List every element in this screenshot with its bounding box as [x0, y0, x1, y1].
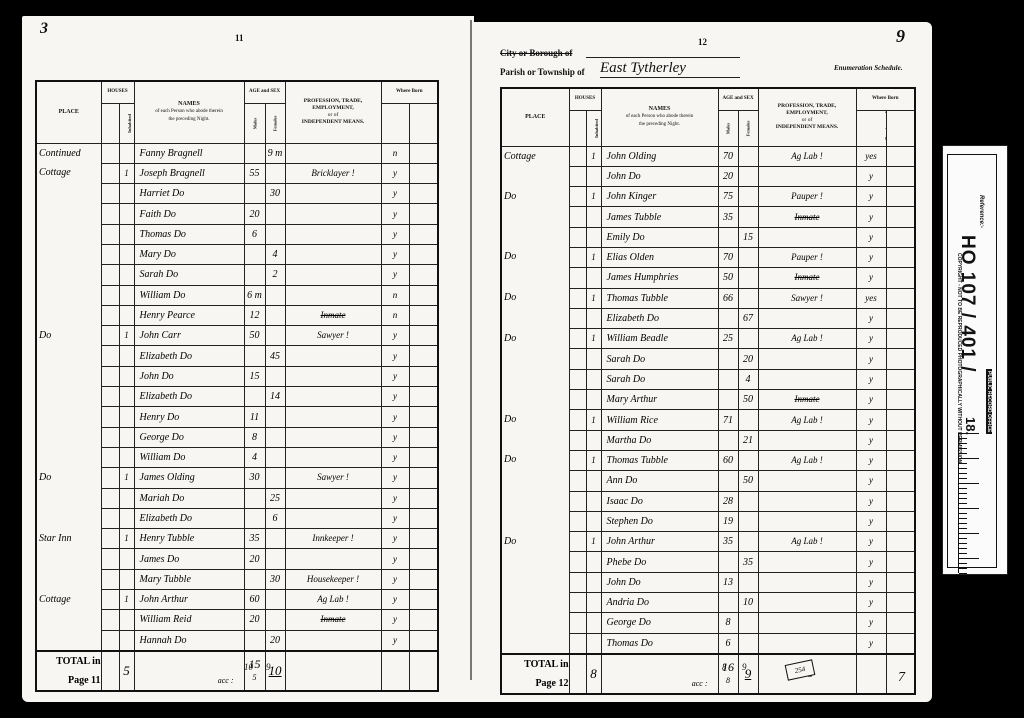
name-cell: George Do [134, 427, 244, 447]
inhabited-cell [586, 268, 601, 288]
place-cell: Do [501, 288, 569, 308]
female-age-cell [265, 468, 285, 488]
table-row: Elizabeth Do6y [36, 508, 438, 528]
uninhabited-cell [569, 187, 586, 207]
name-cell: William Reid [134, 610, 244, 630]
profession-cell [285, 630, 381, 651]
born-foreign-cell [409, 630, 438, 651]
parish-label: Parish or Township of [500, 67, 585, 77]
female-age-cell [738, 633, 758, 654]
uninhabited-cell [101, 488, 119, 508]
profession-cell: Ag Lab ! [758, 450, 856, 470]
born-same-county-cell: n [381, 305, 409, 325]
total-uninhabited [101, 651, 119, 691]
male-age-cell: 35 [244, 529, 265, 549]
name-cell: Martha Do [601, 430, 718, 450]
header-inhabited: Inhabited [119, 103, 134, 143]
total-label: TOTAL inPage 11 [36, 651, 101, 691]
inhabited-cell: 1 [586, 146, 601, 166]
ruler-tick [959, 473, 967, 474]
female-age-cell [738, 207, 758, 227]
header-where-born: Where Born [856, 88, 915, 110]
born-same-county-cell: y [856, 430, 886, 450]
name-cell: Mary Tubble [134, 569, 244, 589]
copyright-notice: COPYRIGHT - NOT TO BE REPRODUCED PHOTOGR… [956, 253, 962, 463]
place-cell: Do [501, 532, 569, 552]
header-names-sub1: of each Person who abode therein [602, 113, 718, 121]
name-cell: Elias Olden [601, 247, 718, 267]
total-females: 9 [738, 654, 758, 694]
ruler-tick [959, 483, 979, 484]
uninhabited-cell [569, 390, 586, 410]
born-foreign-cell [409, 285, 438, 305]
female-age-cell [738, 146, 758, 166]
header-uninhabited: Uninhabited or Building [569, 110, 586, 146]
inhabited-cell [586, 207, 601, 227]
ruler-tick [959, 493, 967, 494]
profession-cell [285, 244, 381, 264]
uninhabited-cell [101, 630, 119, 651]
profession-cell [758, 511, 856, 531]
name-cell: Thomas Tubble [601, 288, 718, 308]
profession-cell [285, 488, 381, 508]
born-foreign-cell [886, 207, 915, 227]
profession-cell [285, 447, 381, 467]
male-age-cell [718, 369, 738, 389]
ruler-tick [959, 538, 967, 539]
book-binding [470, 20, 472, 680]
uninhabited-cell [569, 207, 586, 227]
table-row: Star Inn1Henry Tubble35Innkeeper !y [36, 529, 438, 549]
place-cell [36, 549, 101, 569]
place-cell [36, 488, 101, 508]
table-row: Thomas Do6y [501, 633, 915, 654]
female-age-cell: 4 [265, 244, 285, 264]
born-same-county-cell: y [856, 207, 886, 227]
name-cell: Mary Arthur [601, 390, 718, 410]
place-cell [501, 308, 569, 328]
name-cell: William Do [134, 447, 244, 467]
uninhabited-cell [101, 204, 119, 224]
place-cell [501, 369, 569, 389]
uninhabited-cell [569, 410, 586, 430]
place-cell [36, 265, 101, 285]
place-cell [36, 366, 101, 386]
uninhabited-cell [101, 244, 119, 264]
name-cell: Joseph Bragnell [134, 163, 244, 183]
born-same-county-cell: y [381, 590, 409, 610]
male-age-cell: 12 [244, 305, 265, 325]
table-row: Mary Do4y [36, 244, 438, 264]
inhabited-cell [119, 184, 134, 204]
inhabited-cell [119, 630, 134, 651]
ruler-tick [959, 518, 967, 519]
place-cell: Continued [36, 143, 101, 163]
header-names-title: NAMES [649, 106, 671, 112]
ruler-tick [959, 488, 967, 489]
table-row: John Do15y [36, 366, 438, 386]
table-row: George Do8y [36, 427, 438, 447]
uninhabited-cell [569, 572, 586, 592]
total-uninhabited [569, 654, 586, 694]
inhabited-cell [119, 488, 134, 508]
name-cell: James Do [134, 549, 244, 569]
inhabited-cell [119, 265, 134, 285]
header-names-sub1: of each Person who abode therein [135, 108, 244, 116]
profession-cell: Ag Lab ! [758, 146, 856, 166]
female-age-cell [265, 163, 285, 183]
born-same-county-cell: y [381, 204, 409, 224]
total-males-sub: 8 [726, 676, 730, 685]
table-row: Sarah Do4y [501, 369, 915, 389]
born-same-county-cell: y [381, 366, 409, 386]
inhabited-cell [586, 390, 601, 410]
table-row: Elizabeth Do14y [36, 387, 438, 407]
born-same-county-cell: y [856, 410, 886, 430]
profession-cell [758, 369, 856, 389]
born-same-county-cell: y [856, 268, 886, 288]
name-cell: William Rice [601, 410, 718, 430]
header-females-text: Females [746, 120, 751, 136]
header-foreign: Whether Born in Scotland, Ireland, or Fo… [409, 103, 438, 143]
name-cell: John Carr [134, 326, 244, 346]
uninhabited-cell [569, 288, 586, 308]
profession-cell [758, 613, 856, 633]
ruler-tick [959, 533, 979, 534]
profession-cell [285, 346, 381, 366]
profession-cell: Innkeeper ! [285, 529, 381, 549]
female-age-cell [738, 247, 758, 267]
name-cell: John Do [601, 166, 718, 186]
profession-cell [758, 552, 856, 572]
total-inhabited: 5 [119, 651, 134, 691]
profession-cell: Housekeeper ! [285, 569, 381, 589]
female-age-cell: 9 m [265, 143, 285, 163]
inhabited-cell [586, 430, 601, 450]
place-cell [501, 268, 569, 288]
born-same-county-cell: y [381, 244, 409, 264]
name-cell: Elizabeth Do [134, 346, 244, 366]
born-foreign-cell [886, 511, 915, 531]
profession-cell [758, 430, 856, 450]
reference-strip-frame: Reference:- HO 107 / 401 / 18. COPYRIGHT… [947, 154, 997, 568]
born-foreign-cell [409, 204, 438, 224]
born-same-county-cell: y [381, 184, 409, 204]
uninhabited-cell [101, 468, 119, 488]
born-same-county-cell: y [856, 613, 886, 633]
inhabited-cell [586, 552, 601, 572]
female-age-cell [738, 166, 758, 186]
table-row: Andria Do10y [501, 593, 915, 613]
inhabited-cell [586, 511, 601, 531]
ruler-tick [959, 498, 967, 499]
place-cell [501, 430, 569, 450]
right-bottom-mark: 7 [898, 670, 905, 686]
table-row: ContinuedFanny Bragnell9 mn [36, 143, 438, 163]
table-row: Sarah Do2y [36, 265, 438, 285]
inhabited-cell: 1 [119, 326, 134, 346]
born-same-county-cell: y [856, 329, 886, 349]
place-cell [501, 471, 569, 491]
uninhabited-cell [101, 285, 119, 305]
born-foreign-cell [886, 166, 915, 186]
born-same-county-cell: y [381, 346, 409, 366]
born-foreign-cell [409, 326, 438, 346]
total-born-same [381, 651, 409, 691]
inhabited-cell [119, 366, 134, 386]
male-age-cell: 35 [718, 532, 738, 552]
ruler-tick [959, 553, 967, 554]
male-age-cell [718, 349, 738, 369]
place-cell: Do [36, 468, 101, 488]
header-names-sub2: the preceding Night. [602, 121, 718, 129]
born-same-county-cell: y [856, 552, 886, 572]
born-foreign-cell [409, 488, 438, 508]
total-label-line1: TOTAL in [524, 659, 568, 670]
name-cell: William Do [134, 285, 244, 305]
inhabited-cell: 1 [119, 529, 134, 549]
inhabited-cell [586, 633, 601, 654]
table-row: John Do20y [501, 166, 915, 186]
header-profession-line1: PROFESSION, TRADE, [778, 103, 836, 109]
female-age-cell [265, 447, 285, 467]
inhabited-cell [119, 204, 134, 224]
inhabited-cell [119, 387, 134, 407]
header-place: PLACE [501, 88, 569, 146]
profession-cell [758, 491, 856, 511]
place-cell: Cottage [36, 590, 101, 610]
male-age-cell [718, 593, 738, 613]
table-row: Isaac Do28y [501, 491, 915, 511]
female-age-cell [265, 285, 285, 305]
profession-cell [758, 572, 856, 592]
born-foreign-cell [886, 247, 915, 267]
table-row: Mary Arthur50Inmatey [501, 390, 915, 410]
table-row: Mary Tubble30Housekeeper !y [36, 569, 438, 589]
born-same-county-cell: y [856, 633, 886, 654]
born-same-county-cell: y [381, 326, 409, 346]
male-age-cell [244, 346, 265, 366]
inhabited-cell [586, 593, 601, 613]
place-cell [36, 610, 101, 630]
uninhabited-cell [101, 569, 119, 589]
place-cell [501, 552, 569, 572]
born-foreign-cell [886, 450, 915, 470]
born-foreign-cell [886, 410, 915, 430]
male-age-cell [718, 552, 738, 572]
reference-label: Reference:- [978, 195, 984, 228]
ruler-tick [959, 478, 967, 479]
female-age-cell [738, 511, 758, 531]
table-row: John Do13y [501, 572, 915, 592]
female-age-cell [265, 326, 285, 346]
born-same-county-cell: y [856, 187, 886, 207]
male-age-cell: 55 [244, 163, 265, 183]
right-below-female: 9 [742, 662, 747, 672]
male-age-cell [244, 265, 265, 285]
born-same-county-cell: y [856, 532, 886, 552]
inhabited-cell [586, 166, 601, 186]
female-age-cell: 6 [265, 508, 285, 528]
header-profession-line3: or of [802, 117, 813, 123]
inhabited-cell [119, 549, 134, 569]
total-label-line1: TOTAL in [56, 656, 100, 667]
name-cell: Fanny Bragnell [134, 143, 244, 163]
name-cell: Stephen Do [601, 511, 718, 531]
place-cell [36, 569, 101, 589]
header-profession-line1: PROFESSION, TRADE, [304, 98, 362, 104]
born-same-county-cell: y [381, 488, 409, 508]
name-cell: John Do [134, 366, 244, 386]
born-same-county-cell: y [856, 369, 886, 389]
table-row: Do1John Carr50Sawyer !y [36, 326, 438, 346]
born-same-county-cell: y [856, 450, 886, 470]
born-same-county-cell: y [381, 549, 409, 569]
ruler-tick [959, 528, 967, 529]
born-foreign-cell [409, 387, 438, 407]
male-age-cell: 75 [718, 187, 738, 207]
total-profession-note [285, 651, 381, 691]
profession-cell [285, 184, 381, 204]
name-cell: Harriet Do [134, 184, 244, 204]
profession-cell: Inmate [758, 268, 856, 288]
female-age-cell: 50 [738, 471, 758, 491]
right-page-number: 12 [698, 37, 707, 47]
born-foreign-cell [886, 349, 915, 369]
uninhabited-cell [101, 610, 119, 630]
born-foreign-cell [886, 329, 915, 349]
born-foreign-cell [409, 407, 438, 427]
ruler-tick [959, 543, 967, 544]
city-borough-label: City or Borough of [500, 48, 572, 58]
ruler-tick [959, 558, 979, 559]
left-below-male: 10 [244, 662, 253, 672]
profession-cell: Inmate [758, 207, 856, 227]
total-males-sub: 5 [253, 673, 257, 682]
uninhabited-cell [569, 166, 586, 186]
male-age-cell: 20 [244, 610, 265, 630]
female-age-cell [265, 427, 285, 447]
table-row: Harriet Do30y [36, 184, 438, 204]
inhabited-cell [119, 346, 134, 366]
header-names: NAMES of each Person who abode therein t… [134, 81, 244, 143]
female-age-cell [265, 529, 285, 549]
table-row: Ann Do50y [501, 471, 915, 491]
total-label-line2: Page 11 [68, 675, 101, 686]
inhabited-cell [586, 491, 601, 511]
born-foreign-cell [886, 288, 915, 308]
female-age-cell: 15 [738, 227, 758, 247]
born-foreign-cell [886, 146, 915, 166]
born-same-county-cell: y [856, 390, 886, 410]
total-males: 168 [718, 654, 738, 694]
name-cell: Elizabeth Do [134, 387, 244, 407]
place-cell: Do [501, 187, 569, 207]
header-same-county: Whether Born in same County [381, 103, 409, 143]
table-row: Do1James Olding30Sawyer !y [36, 468, 438, 488]
female-age-cell: 20 [738, 349, 758, 369]
uninhabited-cell [101, 143, 119, 163]
uninhabited-cell [569, 329, 586, 349]
born-foreign-cell [886, 369, 915, 389]
table-row: Martha Do21y [501, 430, 915, 450]
female-age-cell [738, 187, 758, 207]
right-census-table: PLACE HOUSES NAMES of each Person who ab… [500, 87, 916, 695]
male-age-cell: 25 [718, 329, 738, 349]
place-cell: Do [501, 247, 569, 267]
born-foreign-cell [409, 366, 438, 386]
female-age-cell [265, 224, 285, 244]
name-cell: Ann Do [601, 471, 718, 491]
ruler-tick [959, 458, 979, 459]
header-profession-line3: or of [328, 112, 339, 118]
profession-cell [758, 166, 856, 186]
born-foreign-cell [409, 447, 438, 467]
place-cell [501, 511, 569, 531]
table-row: James Do20y [36, 549, 438, 569]
profession-cell [758, 471, 856, 491]
born-foreign-cell [886, 572, 915, 592]
name-cell: John Arthur [134, 590, 244, 610]
born-foreign-cell [409, 427, 438, 447]
place-cell [501, 491, 569, 511]
header-age-sex: AGE and SEX [244, 81, 285, 103]
total-row: TOTAL inPage 115acc :15510 [36, 651, 438, 691]
ruler-tick [959, 468, 967, 469]
enumeration-schedule-label: Enumeration Schedule. [834, 64, 902, 72]
profession-cell [285, 427, 381, 447]
header-houses: HOUSES [101, 81, 134, 103]
profession-cell [758, 593, 856, 613]
header-profession: PROFESSION, TRADE, EMPLOYMENT, or of IND… [285, 81, 381, 143]
male-age-cell: 35 [718, 207, 738, 227]
total-label: TOTAL inPage 12 [501, 654, 569, 694]
ruler-tick [959, 508, 979, 509]
uninhabited-cell [101, 427, 119, 447]
female-age-cell: 4 [738, 369, 758, 389]
profession-cell: Pauper ! [758, 187, 856, 207]
born-same-county-cell: y [381, 569, 409, 589]
born-same-county-cell: n [381, 143, 409, 163]
name-cell: Thomas Do [134, 224, 244, 244]
table-row: Emily Do15y [501, 227, 915, 247]
male-age-cell [244, 184, 265, 204]
place-cell [36, 407, 101, 427]
ruler-tick [959, 433, 979, 434]
uninhabited-cell [569, 511, 586, 531]
profession-cell [285, 204, 381, 224]
header-profession-line2: EMPLOYMENT, [312, 105, 354, 111]
left-corner-number: 3 [40, 20, 48, 38]
uninhabited-cell [101, 407, 119, 427]
born-foreign-cell [886, 471, 915, 491]
uninhabited-cell [569, 247, 586, 267]
header-uninhabited: Uninhabited or Building [101, 103, 119, 143]
born-same-county-cell: n [381, 285, 409, 305]
right-below-male: 8 [722, 662, 727, 672]
inhabited-cell [119, 305, 134, 325]
born-same-county-cell: y [856, 166, 886, 186]
place-cell [36, 244, 101, 264]
born-foreign-cell [409, 590, 438, 610]
place-cell [501, 227, 569, 247]
profession-cell: Inmate [758, 390, 856, 410]
header-foreign: Whether Born in Scotland, Ireland, or Fo… [886, 110, 915, 146]
header-profession: PROFESSION, TRADE, EMPLOYMENT, or of IND… [758, 88, 856, 146]
profession-cell [758, 227, 856, 247]
female-age-cell [738, 410, 758, 430]
place-cell [501, 207, 569, 227]
